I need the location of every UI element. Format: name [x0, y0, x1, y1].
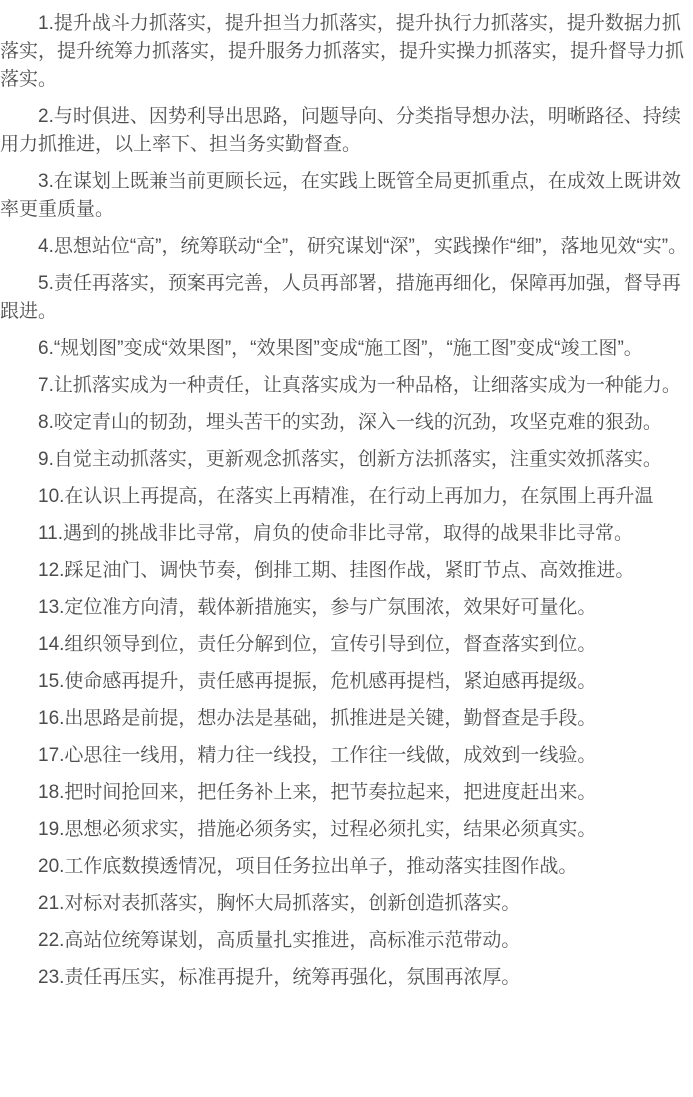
item-text: 在谋划上既兼当前更顾长远，在实践上既管全局更抓重点，在成效上既讲效率更重质量。 [0, 171, 681, 220]
item-number: 23. [38, 967, 64, 988]
list-item: 12.踩足油门、调快节奏，倒排工期、挂图作战，紧盯节点、高效推进。 [0, 557, 693, 585]
item-text: 对标对表抓落实，胸怀大局抓落实，创新创造抓落实。 [64, 893, 520, 914]
item-number: 8. [38, 412, 54, 433]
list-item: 5.责任再落实，预案再完善，人员再部署，措施再细化，保障再加强，督导再跟进。 [0, 270, 693, 326]
document-body: 1.提升战斗力抓落实，提升担当力抓落实，提升执行力抓落实，提升数据力抓落实，提升… [0, 0, 693, 1007]
list-item: 10.在认识上再提高，在落实上再精准，在行动上再加力，在氛围上再升温 [0, 483, 693, 511]
item-text: 把时间抢回来，把任务补上来，把节奏拉起来，把进度赶出来。 [64, 782, 596, 803]
item-number: 4. [38, 236, 54, 257]
list-item: 7.让抓落实成为一种责任，让真落实成为一种品格，让细落实成为一种能力。 [0, 372, 693, 400]
item-number: 11. [38, 523, 63, 544]
item-number: 10. [38, 486, 64, 507]
list-item: 23.责任再压实，标准再提升，统筹再强化，氛围再浓厚。 [0, 964, 693, 992]
item-number: 1. [38, 13, 54, 34]
item-text: 责任再压实，标准再提升，统筹再强化，氛围再浓厚。 [64, 967, 520, 988]
item-number: 12. [38, 560, 64, 581]
item-number: 9. [38, 449, 54, 470]
item-text: 高站位统筹谋划，高质量扎实推进，高标准示范带动。 [64, 930, 520, 951]
item-text: 出思路是前提，想办法是基础，抓推进是关键，勤督查是手段。 [64, 708, 596, 729]
item-text: “规划图”变成“效果图”，“效果图”变成“施工图”，“施工图”变成“竣工图”。 [54, 338, 643, 359]
list-item: 11.遇到的挑战非比寻常，肩负的使命非比寻常，取得的战果非比寻常。 [0, 520, 693, 548]
item-number: 20. [38, 856, 64, 877]
list-item: 20.工作底数摸透情况，项目任务拉出单子，推动落实挂图作战。 [0, 853, 693, 881]
list-item: 17.心思往一线用，精力往一线投，工作往一线做，成效到一线验。 [0, 742, 693, 770]
list-item: 21.对标对表抓落实，胸怀大局抓落实，创新创造抓落实。 [0, 890, 693, 918]
list-item: 9.自觉主动抓落实，更新观念抓落实，创新方法抓落实，注重实效抓落实。 [0, 446, 693, 474]
item-number: 6. [38, 338, 54, 359]
list-item: 19.思想必须求实，措施必须务实，过程必须扎实，结果必须真实。 [0, 816, 693, 844]
item-text: 责任再落实，预案再完善，人员再部署，措施再细化，保障再加强，督导再跟进。 [0, 273, 681, 322]
item-number: 18. [38, 782, 64, 803]
item-number: 14. [38, 634, 64, 655]
item-number: 7. [38, 375, 54, 396]
item-text: 组织领导到位，责任分解到位，宣传引导到位，督查落实到位。 [64, 634, 596, 655]
item-text: 在认识上再提高，在落实上再精准，在行动上再加力，在氛围上再升温 [64, 486, 653, 507]
item-number: 15. [38, 671, 64, 692]
list-item: 3.在谋划上既兼当前更顾长远，在实践上既管全局更抓重点，在成效上既讲效率更重质量… [0, 168, 693, 224]
list-item: 16.出思路是前提，想办法是基础，抓推进是关键，勤督查是手段。 [0, 705, 693, 733]
item-text: 工作底数摸透情况，项目任务拉出单子，推动落实挂图作战。 [64, 856, 577, 877]
item-number: 22. [38, 930, 64, 951]
list-item: 2.与时俱进、因势利导出思路，问题导向、分类指导想办法，明晰路径、持续用力抓推进… [0, 103, 693, 159]
list-item: 4.思想站位“高”，统筹联动“全”，研究谋划“深”，实践操作“细”，落地见效“实… [0, 233, 693, 261]
item-text: 踩足油门、调快节奏，倒排工期、挂图作战，紧盯节点、高效推进。 [64, 560, 634, 581]
item-number: 2. [38, 106, 54, 127]
list-item: 6.“规划图”变成“效果图”，“效果图”变成“施工图”，“施工图”变成“竣工图”… [0, 335, 693, 363]
item-number: 3. [38, 171, 54, 192]
item-number: 17. [38, 745, 64, 766]
list-item: 1.提升战斗力抓落实，提升担当力抓落实，提升执行力抓落实，提升数据力抓落实，提升… [0, 10, 693, 94]
list-item: 8.咬定青山的韧劲，埋头苦干的实劲，深入一线的沉劲，攻坚克难的狠劲。 [0, 409, 693, 437]
list-item: 15.使命感再提升，责任感再提振，危机感再提档，紧迫感再提级。 [0, 668, 693, 696]
item-text: 与时俱进、因势利导出思路，问题导向、分类指导想办法，明晰路径、持续用力抓推进，以… [0, 106, 681, 155]
item-number: 19. [38, 819, 64, 840]
item-number: 5. [38, 273, 54, 294]
item-text: 定位准方向清，载体新措施实，参与广氛围浓，效果好可量化。 [64, 597, 596, 618]
item-text: 自觉主动抓落实，更新观念抓落实，创新方法抓落实，注重实效抓落实。 [54, 449, 662, 470]
item-text: 使命感再提升，责任感再提振，危机感再提档，紧迫感再提级。 [64, 671, 596, 692]
item-number: 16. [38, 708, 64, 729]
item-number: 13. [38, 597, 64, 618]
item-text: 心思往一线用，精力往一线投，工作往一线做，成效到一线验。 [64, 745, 596, 766]
item-text: 遇到的挑战非比寻常，肩负的使命非比寻常，取得的战果非比寻常。 [63, 523, 633, 544]
item-text: 提升战斗力抓落实，提升担当力抓落实，提升执行力抓落实，提升数据力抓落实，提升统筹… [0, 13, 684, 90]
item-text: 咬定青山的韧劲，埋头苦干的实劲，深入一线的沉劲，攻坚克难的狠劲。 [54, 412, 662, 433]
item-number: 21. [38, 893, 64, 914]
list-item: 18.把时间抢回来，把任务补上来，把节奏拉起来，把进度赶出来。 [0, 779, 693, 807]
list-item: 14.组织领导到位，责任分解到位，宣传引导到位，督查落实到位。 [0, 631, 693, 659]
item-text: 思想必须求实，措施必须务实，过程必须扎实，结果必须真实。 [64, 819, 596, 840]
list-item: 13.定位准方向清，载体新措施实，参与广氛围浓，效果好可量化。 [0, 594, 693, 622]
list-item: 22.高站位统筹谋划，高质量扎实推进，高标准示范带动。 [0, 927, 693, 955]
item-text: 让抓落实成为一种责任，让真落实成为一种品格，让细落实成为一种能力。 [54, 375, 681, 396]
item-text: 思想站位“高”，统筹联动“全”，研究谋划“深”，实践操作“细”，落地见效“实”。 [54, 236, 687, 257]
